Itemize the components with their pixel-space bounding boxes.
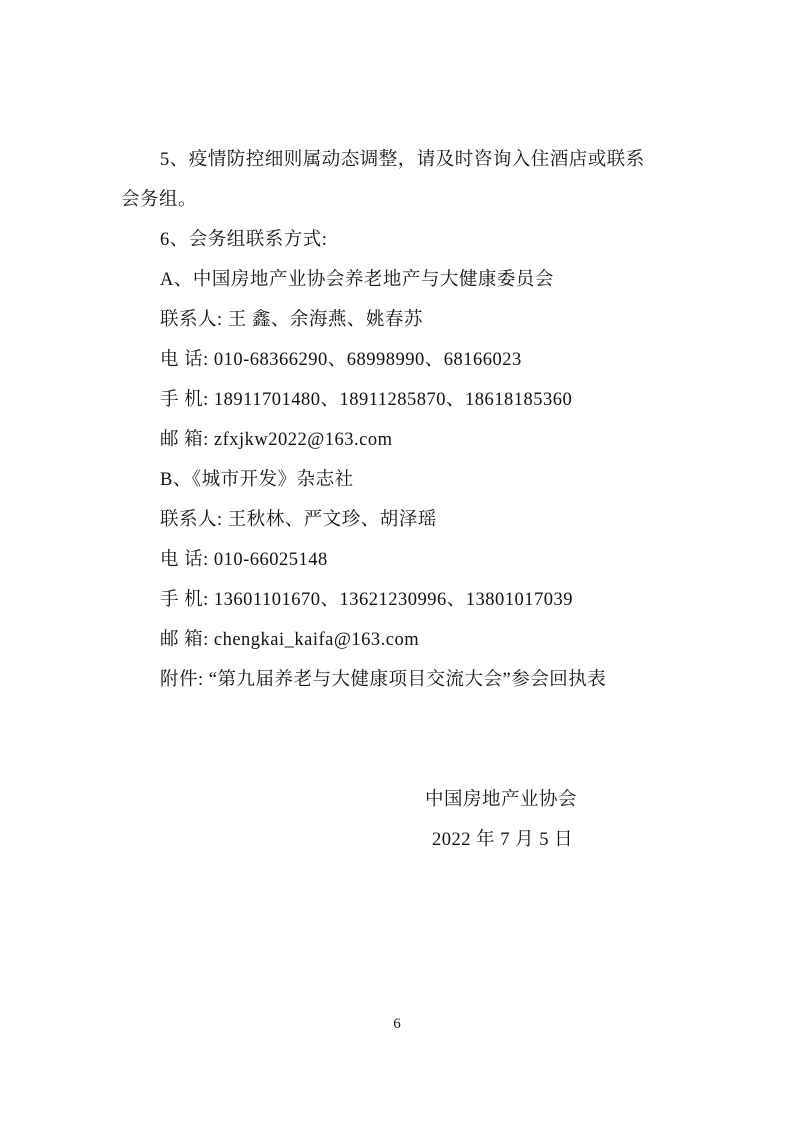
contact-a-organization: A、中国房地产业协会养老地产与大健康委员会 (160, 269, 554, 291)
contact-a-mobile: 手 机: 18911701480、18911285870、18618185360 (160, 389, 572, 411)
contact-a-email: 邮 箱: zfxjkw2022@163.com (160, 429, 393, 451)
contact-b-phone: 电 话: 010-66025148 (160, 549, 328, 571)
contact-b-email: 邮 箱: chengkai_kaifa@163.com (160, 629, 419, 651)
contact-a-persons: 联系人: 王 鑫、余海燕、姚春苏 (160, 309, 423, 331)
paragraph-item5-line1: 5、疫情防控细则属动态调整，请及时咨询入住酒店或联系 (160, 149, 645, 171)
page-number: 6 (0, 1016, 794, 1033)
paragraph-item6: 6、会务组联系方式: (160, 229, 327, 251)
contact-a-phone: 电 话: 010-68366290、68998990、68166023 (160, 349, 522, 371)
contact-b-organization: B、《城市开发》杂志社 (160, 469, 354, 491)
attachment-note: 附件: “第九届养老与大健康项目交流大会”参会回执表 (160, 669, 606, 691)
paragraph-item5-line2: 会务组。 (121, 189, 197, 211)
contact-b-mobile: 手 机: 13601101670、13621230996、13801017039 (160, 589, 573, 611)
signature-organization: 中国房地产业协会 (425, 789, 577, 811)
contact-b-persons: 联系人: 王秋林、严文珍、胡泽瑶 (160, 509, 437, 531)
signature-date: 2022 年 7 月 5 日 (432, 829, 573, 851)
